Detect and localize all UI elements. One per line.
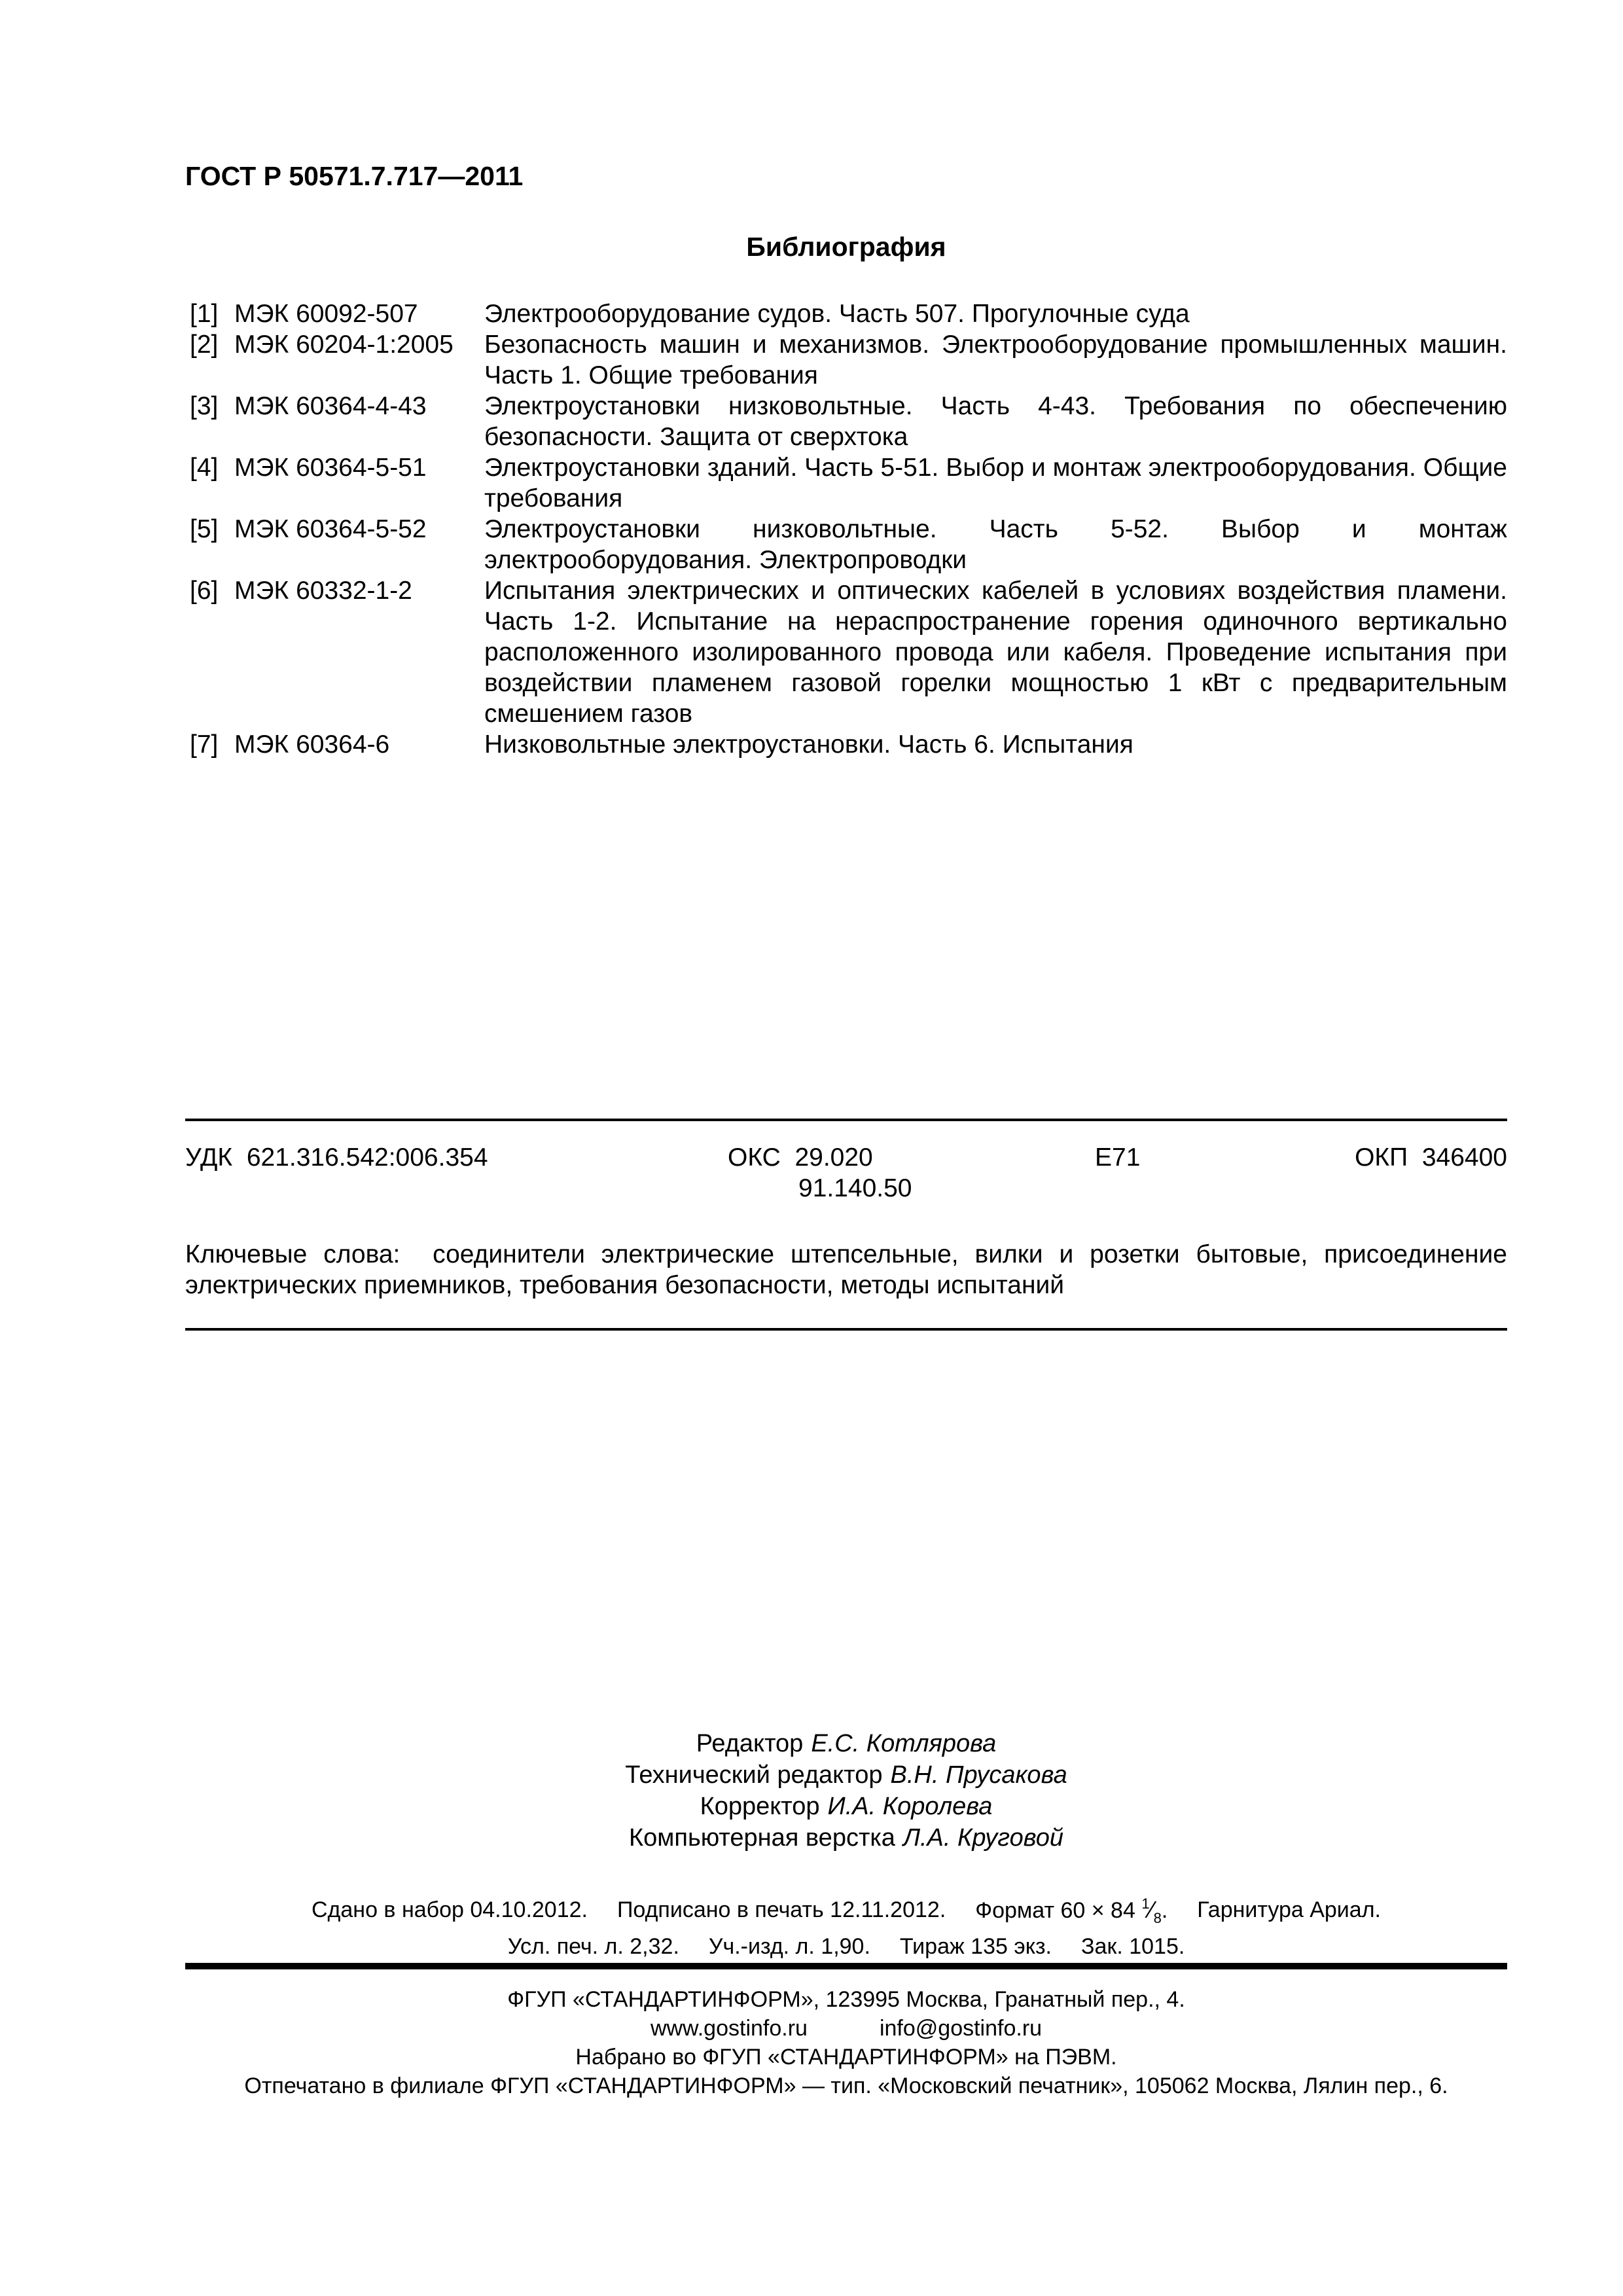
keywords-paragraph: Ключевые слова: соединители электрически…: [185, 1239, 1507, 1300]
oks-number: ОКС 29.02091.140.50: [728, 1142, 912, 1204]
bib-ref-number: [5]: [185, 514, 234, 545]
imprint-typeface: Гарнитура Ариал.: [1197, 1895, 1381, 1925]
imprint-format-suffix: .: [1162, 1898, 1168, 1923]
imprint-format: Формат 60 × 84 1⁄8.: [975, 1895, 1168, 1925]
bib-ref-number: [3]: [185, 391, 234, 422]
imprint-block: Сдано в набор 04.10.2012. Подписано в пе…: [185, 1895, 1507, 1961]
bibliography-entry: [2] МЭК 60204-1:2005 Безопасность машин …: [185, 329, 1507, 391]
bibliography-entry: [5] МЭК 60364-5-52 Электроустановки низк…: [185, 514, 1507, 575]
oks-line2: 91.140.50: [728, 1173, 912, 1204]
credit-role: Технический редактор: [625, 1761, 882, 1789]
bibliography-entry: [1] МЭК 60092-507 Электрооборудование су…: [185, 298, 1507, 329]
bib-standard-code: МЭК 60092-507: [234, 298, 484, 329]
keywords-label: Ключевые слова:: [185, 1240, 400, 1268]
bib-ref-number: [2]: [185, 329, 234, 360]
bib-standard-code: МЭК 60364-4-43: [234, 391, 484, 422]
publisher-footer: ФГУП «СТАНДАРТИНФОРМ», 123995 Москва, Гр…: [185, 1985, 1507, 2100]
bib-description: Низковольтные электроустановки. Часть 6.…: [484, 729, 1507, 760]
bib-description: Испытания электрических и оптических каб…: [484, 575, 1507, 729]
credit-line-technical-editor: Технический редакторВ.Н. Прусакова: [185, 1759, 1507, 1791]
credit-name: Л.А. Круговой: [903, 1824, 1063, 1852]
bib-standard-code: МЭК 60364-5-51: [234, 452, 484, 483]
divider-rule-bottom: [185, 1328, 1507, 1331]
credit-name: И.А. Королева: [828, 1793, 993, 1820]
bib-description: Электроустановки низковольтные. Часть 4-…: [484, 391, 1507, 452]
credit-name: В.Н. Прусакова: [890, 1761, 1067, 1789]
bibliography-entry: [6] МЭК 60332-1-2 Испытания электрически…: [185, 575, 1507, 729]
credit-role: Редактор: [696, 1730, 804, 1757]
bibliography-entry: [7] МЭК 60364-6 Низковольтные электроуст…: [185, 729, 1507, 760]
bibliography-entry: [4] МЭК 60364-5-51 Электроустановки здан…: [185, 452, 1507, 514]
classification-codes-row: УДК 621.316.542:006.354 ОКС 29.02091.140…: [185, 1142, 1507, 1204]
udk-number: УДК 621.316.542:006.354: [185, 1142, 488, 1173]
bib-ref-number: [1]: [185, 298, 234, 329]
typeset-note: Набрано во ФГУП «СТАНДАРТИНФОРМ» на ПЭВМ…: [185, 2043, 1507, 2072]
imprint-line-2: Усл. печ. л. 2,32. Уч.-изд. л. 1,90. Тир…: [185, 1932, 1507, 1961]
okp-number: ОКП 346400: [1355, 1142, 1507, 1173]
imprint-format-numerator: 1: [1141, 1895, 1149, 1912]
bib-ref-number: [4]: [185, 452, 234, 483]
publisher-email: info@gostinfo.ru: [880, 2014, 1042, 2043]
imprint-circulation: Тираж 135 экз.: [900, 1932, 1052, 1961]
imprint-format-prefix: Формат 60 × 84: [975, 1898, 1141, 1923]
bib-standard-code: МЭК 60364-6: [234, 729, 484, 760]
bib-description: Электроустановки низковольтные. Часть 5-…: [484, 514, 1507, 575]
print-note: Отпечатано в филиале ФГУП «СТАНДАРТИНФОР…: [185, 2072, 1507, 2100]
document-page: ГОСТ Р 50571.7.717—2011 Библиография [1]…: [0, 0, 1623, 2296]
imprint-order-number: Зак. 1015.: [1081, 1932, 1185, 1961]
bib-ref-number: [6]: [185, 575, 234, 606]
publisher-address: ФГУП «СТАНДАРТИНФОРМ», 123995 Москва, Гр…: [185, 1985, 1507, 2014]
thick-divider-rule: [185, 1963, 1507, 1969]
page-title: Библиография: [185, 232, 1507, 262]
imprint-format-denominator: 8: [1154, 1910, 1162, 1926]
bibliography-entry: [3] МЭК 60364-4-43 Электроустановки низк…: [185, 391, 1507, 452]
imprint-print-date: Подписано в печать 12.11.2012.: [617, 1895, 946, 1925]
publisher-website: www.gostinfo.ru: [651, 2014, 808, 2043]
imprint-publisher-sheets: Уч.-изд. л. 1,90.: [709, 1932, 870, 1961]
credit-role: Корректор: [700, 1793, 820, 1820]
bib-ref-number: [7]: [185, 729, 234, 760]
imprint-line-1: Сдано в набор 04.10.2012. Подписано в пе…: [185, 1895, 1507, 1925]
credit-line-layout: Компьютерная версткаЛ.А. Круговой: [185, 1822, 1507, 1854]
bibliography-list: [1] МЭК 60092-507 Электрооборудование су…: [185, 298, 1507, 760]
credits-block: РедакторЕ.С. Котлярова Технический редак…: [185, 1728, 1507, 1854]
bib-standard-code: МЭК 60332-1-2: [234, 575, 484, 606]
credit-role: Компьютерная верстка: [629, 1824, 895, 1852]
imprint-typeset-date: Сдано в набор 04.10.2012.: [312, 1895, 588, 1925]
group-code: Е71: [1095, 1142, 1140, 1173]
bib-description: Электроустановки зданий. Часть 5-51. Выб…: [484, 452, 1507, 514]
bib-description: Электрооборудование судов. Часть 507. Пр…: [484, 298, 1507, 329]
bib-standard-code: МЭК 60364-5-52: [234, 514, 484, 545]
credit-name: Е.С. Котлярова: [811, 1730, 996, 1757]
document-code: ГОСТ Р 50571.7.717—2011: [185, 161, 1507, 192]
credit-line-corrector: КорректорИ.А. Королева: [185, 1791, 1507, 1822]
bib-description: Безопасность машин и механизмов. Электро…: [484, 329, 1507, 391]
oks-line1: ОКС 29.020: [728, 1143, 873, 1172]
publisher-contacts: www.gostinfo.ru info@gostinfo.ru: [185, 2014, 1507, 2043]
credit-line-editor: РедакторЕ.С. Котлярова: [185, 1728, 1507, 1759]
imprint-printed-sheets: Усл. печ. л. 2,32.: [508, 1932, 679, 1961]
divider-rule-top: [185, 1119, 1507, 1121]
bib-standard-code: МЭК 60204-1:2005: [234, 329, 484, 360]
